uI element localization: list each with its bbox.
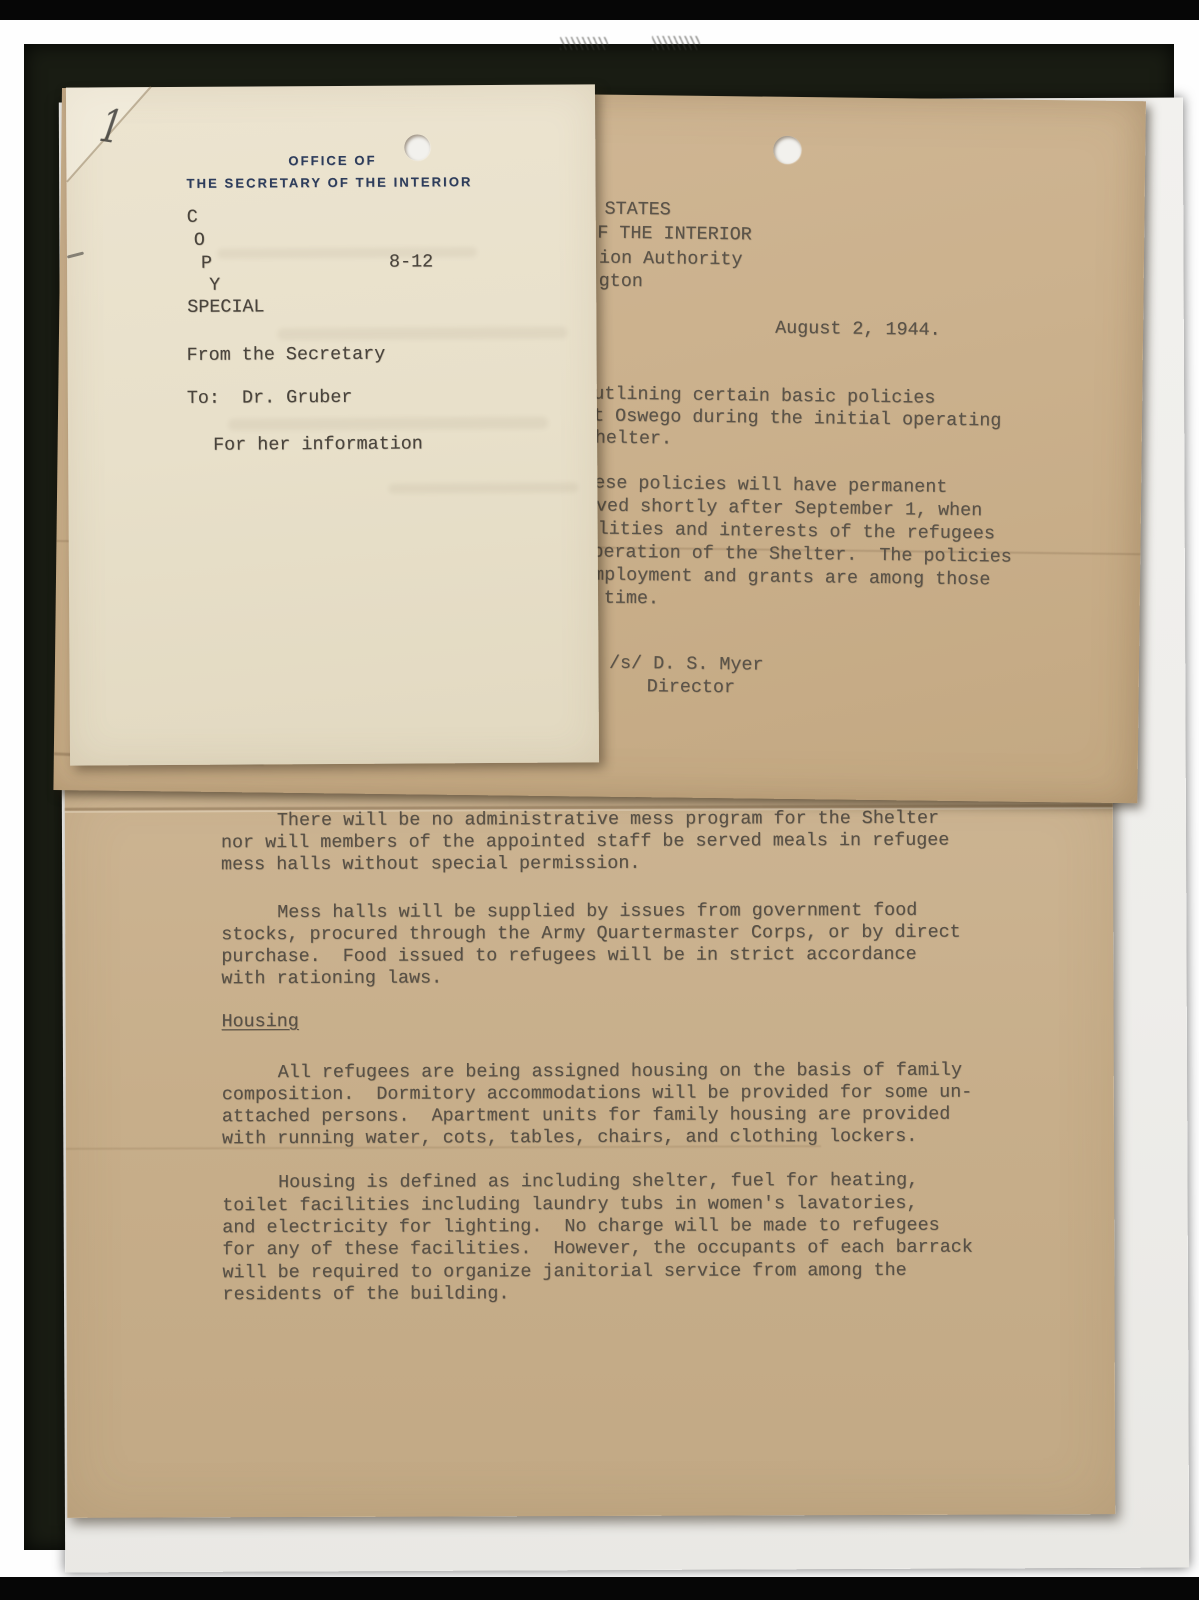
typed-fragment: STATES xyxy=(604,201,670,220)
signature-title: Director xyxy=(647,678,736,697)
memo-page-2: There will be no administrative mess pro… xyxy=(65,776,1116,1518)
typed-line: for any of these facilities. However, th… xyxy=(222,1239,973,1260)
typed-line: purchase. Food issued to refugees will b… xyxy=(221,946,916,967)
from-line: From the Secretary xyxy=(187,346,386,366)
copy-stamp-c: C xyxy=(187,209,198,227)
typed-fragment: ved shortly after September 1, when xyxy=(596,498,982,521)
typed-line: with rationing laws. xyxy=(221,970,442,989)
typed-line: nor will members of the appointed staff … xyxy=(221,832,949,853)
copy-stamp-y: Y xyxy=(209,277,220,295)
typed-fragment: mployment and grants are among those xyxy=(593,567,991,590)
typed-line: and electricity for lighting. No charge … xyxy=(222,1217,939,1238)
copy-stamp-p: P xyxy=(201,255,212,273)
typed-fragment: lities and interests of the refugees xyxy=(598,521,996,544)
typed-line: Mess halls will be supplied by issues fr… xyxy=(277,902,917,923)
ink-bleed xyxy=(217,247,477,259)
typed-line: residents of the building. xyxy=(222,1285,509,1304)
typed-fragment: time. xyxy=(604,590,659,609)
ink-bleed xyxy=(277,327,567,341)
special-stamp: SPECIAL xyxy=(187,298,264,317)
ink-bleed xyxy=(228,417,548,431)
pencil-dash-mark xyxy=(67,252,84,259)
typed-line: composition. Dormitory accommodations wi… xyxy=(222,1084,973,1105)
file-number: 8-12 xyxy=(389,253,433,272)
scanned-document-page: There will be no administrative mess pro… xyxy=(0,0,1199,1600)
typed-line: attached persons. Apartment units for fa… xyxy=(222,1106,950,1127)
typed-line: mess halls without special permission. xyxy=(221,855,640,875)
typed-fragment: F THE INTERIOR xyxy=(597,225,752,245)
typed-fragment: utlining certain basic policies xyxy=(593,386,935,409)
section-heading-housing: Housing xyxy=(222,1013,299,1032)
typed-line: toilet facilities including laundry tubs… xyxy=(222,1195,917,1216)
typed-fragment: ion Authority xyxy=(599,250,743,270)
signature-line: /s/ D. S. Myer xyxy=(609,655,764,675)
typed-fragment: gton xyxy=(599,273,643,292)
pencil-scan-mark xyxy=(560,37,608,50)
typed-line: Housing is defined as including shelter,… xyxy=(278,1172,918,1193)
typed-line: There will be no administrative mess pro… xyxy=(277,810,939,831)
typed-line: stocks, procured through the Army Quarte… xyxy=(221,924,960,945)
letterhead-secretary-interior: THE SECRETARY OF THE INTERIOR xyxy=(186,174,472,191)
typed-fragment: peration of the Shelter. The policies xyxy=(592,544,1012,568)
punch-hole xyxy=(404,134,430,160)
typed-line: with running water, cots, tables, chairs… xyxy=(222,1128,917,1149)
note-line: For her information xyxy=(213,435,423,455)
typed-fragment: ese policies will have permanent xyxy=(594,475,947,498)
punch-hole xyxy=(773,136,801,164)
routing-slip: 1 OFFICE OF THE SECRETARY OF THE INTERIO… xyxy=(66,84,599,765)
scan-bottom-black-bar xyxy=(0,1577,1199,1600)
typed-fragment: helter. xyxy=(595,430,672,449)
pencil-scan-mark xyxy=(652,36,700,50)
letter-date: August 2, 1944. xyxy=(775,320,941,340)
letterhead-office-of: OFFICE OF xyxy=(288,153,376,169)
to-line: To: Dr. Gruber xyxy=(187,389,353,408)
typed-line: All refugees are being assigned housing … xyxy=(278,1062,962,1083)
scan-top-black-bar xyxy=(0,0,1199,20)
typed-line: will be required to organize janitorial … xyxy=(222,1262,906,1283)
ink-bleed xyxy=(388,482,578,493)
copy-stamp-o: O xyxy=(194,232,205,250)
